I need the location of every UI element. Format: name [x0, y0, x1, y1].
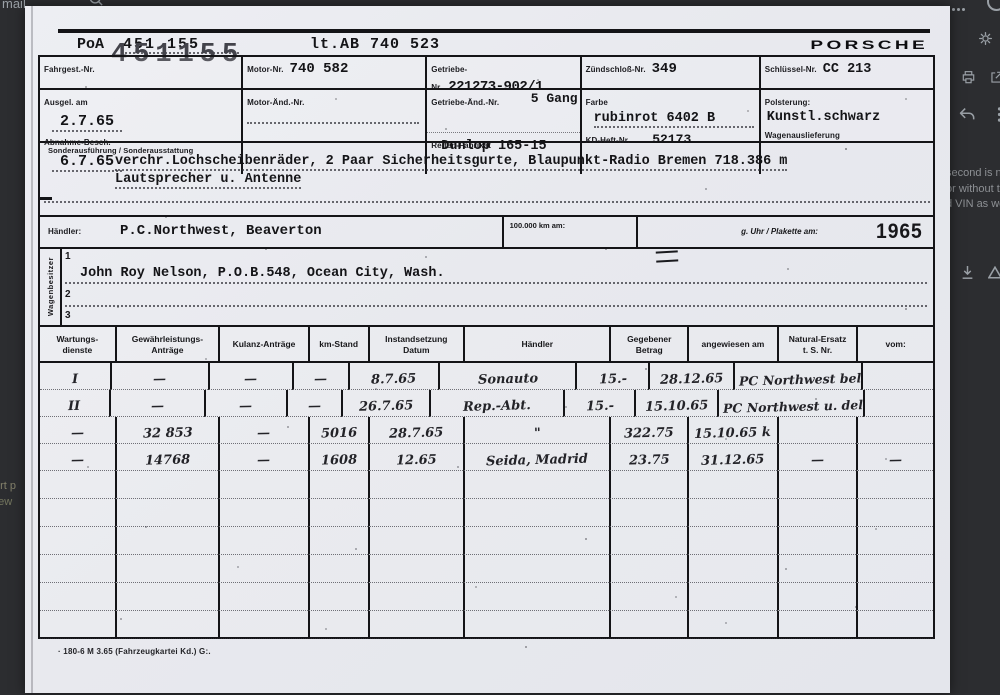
table-cell-empty	[218, 527, 308, 555]
table-cell: 15.-	[563, 390, 634, 417]
table-cell	[861, 363, 933, 390]
table-cell: —	[856, 444, 933, 471]
field-label: Wagenauslieferung	[765, 131, 840, 140]
table-cell: 32 853	[115, 417, 219, 444]
field-value: 740 582	[290, 61, 349, 77]
table-cell-empty	[308, 527, 368, 555]
table-cell-empty	[308, 471, 368, 499]
table-cell-empty	[856, 471, 933, 499]
table-cell: 5016	[308, 417, 368, 444]
equipment-line: Lautsprecher u. Antenne	[115, 172, 301, 189]
field-getriebe: Getriebe-Nr.221273-902/1	[425, 57, 579, 88]
table-row-empty	[40, 471, 933, 499]
table-cell: Seida, Madrid	[463, 444, 609, 471]
table-cell-empty	[40, 527, 115, 555]
table-cell-empty	[777, 583, 857, 611]
dealer-cell: Händler: P.C.Northwest, Beaverton	[40, 217, 502, 247]
vehicle-field-grid: Fahrgest.-Nr. Motor-Nr.740 582 Getriebe-…	[38, 55, 935, 143]
table-cell-empty	[368, 499, 464, 527]
table-cell-empty	[687, 499, 777, 527]
table-cell: 14768	[115, 444, 219, 471]
table-cell-empty	[463, 499, 609, 527]
field-label: Motor-Nr.	[247, 65, 283, 74]
table-cell: —	[40, 444, 115, 471]
poa-label: PoA	[77, 36, 104, 53]
avatar[interactable]	[987, 0, 1000, 11]
sonderausstattung-section: Sonderausführung / Sonderausstattung ver…	[38, 143, 935, 215]
table-cell-empty	[115, 555, 219, 583]
print-icon[interactable]	[962, 71, 975, 84]
table-cell: 1608	[308, 444, 368, 471]
table-cell-empty	[856, 527, 933, 555]
column-header: Instandsetzung Datum	[368, 327, 464, 361]
table-row: II———26.7.65Rep.-Abt.15.-15.10.65PC Nort…	[40, 390, 933, 417]
table-cell-empty	[218, 471, 308, 499]
dealer-label: Händler:	[48, 227, 81, 236]
table-cell: 31.12.65	[687, 444, 777, 471]
field-label: Zündschloß-Nr.	[586, 65, 646, 74]
column-header: km-Stand	[308, 327, 368, 361]
table-cell-empty	[115, 499, 219, 527]
column-header: Gewährleistungs- Anträge	[115, 327, 219, 361]
attachment-viewer: mail second is not or without trim d VIN…	[0, 0, 1000, 695]
dealer-value: P.C.Northwest, Beaverton	[120, 223, 322, 239]
dotted-rule	[65, 282, 927, 284]
porsche-logo: PORSCHE	[810, 38, 928, 52]
drive-icon[interactable]	[988, 266, 1000, 279]
table-cell-empty	[609, 527, 687, 555]
table-cell-empty	[463, 555, 609, 583]
table-cell: 8.7.65	[348, 363, 438, 390]
table-cell-empty	[218, 555, 308, 583]
table-cell-empty	[856, 555, 933, 583]
scan-edge	[31, 6, 33, 693]
table-cell: 322.75	[609, 417, 687, 444]
column-header: angewiesen am	[687, 327, 777, 361]
column-header: Gegebener Betrag	[609, 327, 687, 361]
km-cell: 100.000 km am:	[502, 217, 636, 247]
more-horizontal-icon[interactable]	[952, 0, 967, 16]
table-row: I———8.7.65Sonauto15.-28.12.65PC Northwes…	[40, 363, 933, 390]
table-cell-empty	[777, 471, 857, 499]
table-cell-empty	[463, 527, 609, 555]
table-cell-empty	[856, 611, 933, 639]
table-cell-empty	[40, 611, 115, 639]
table-cell: —	[777, 444, 857, 471]
table-cell-empty	[308, 555, 368, 583]
table-cell: —	[218, 444, 308, 471]
column-header: Wartungs- dienste	[40, 327, 115, 361]
table-cell: 15.10.65	[634, 390, 716, 417]
table-cell	[863, 390, 933, 417]
open-in-new-icon[interactable]	[990, 71, 1000, 84]
table-cell-empty	[609, 555, 687, 583]
equipment-line: verchr.Lochscheibenräder, 2 Paar Sicherh…	[115, 154, 787, 171]
app-title-fragment: mail	[2, 0, 26, 11]
table-row: —14768—160812.65Seida, Madrid23.7531.12.…	[40, 444, 933, 471]
table-cell: Sonauto	[438, 363, 576, 390]
km-label: 100.000 km am:	[510, 221, 565, 230]
owners-section: Wagenbesitzer 1 John Roy Nelson, P.O.B.5…	[38, 249, 935, 325]
table-cell: "	[463, 417, 609, 444]
field-label: Ausgel. am	[44, 98, 88, 107]
uhr-label: g. Uhr / Plakette am:	[741, 227, 818, 236]
field-schluessel: Schlüssel-Nr.CC 213	[759, 57, 933, 88]
table-cell-empty	[463, 471, 609, 499]
dotted-rule	[65, 305, 927, 307]
table-cell-empty	[687, 527, 777, 555]
table-cell-empty	[308, 583, 368, 611]
dotted-rule	[44, 201, 930, 203]
owner-number: 1	[65, 251, 71, 262]
table-cell-empty	[368, 555, 464, 583]
table-cell-empty	[463, 611, 609, 639]
table-cell-empty	[40, 583, 115, 611]
table-cell: II	[40, 390, 109, 417]
service-table-body: I———8.7.65Sonauto15.-28.12.65PC Northwes…	[40, 363, 933, 639]
owner-number: 3	[65, 310, 71, 321]
table-cell: —	[40, 417, 115, 444]
table-cell-empty	[308, 499, 368, 527]
table-cell-empty	[40, 471, 115, 499]
table-cell: I	[40, 363, 110, 390]
table-cell: —	[286, 390, 341, 417]
background-text-fragment: ert p	[0, 480, 16, 492]
background-email-text: second is not or without trim d VIN as w…	[946, 166, 1000, 213]
field-label: Getriebe-Änd.-Nr.	[431, 98, 499, 107]
table-cell-empty	[609, 583, 687, 611]
table-cell-empty	[609, 611, 687, 639]
field-label: Schlüssel-Nr.	[765, 65, 817, 74]
table-cell-empty	[856, 583, 933, 611]
column-header: Kulanz-Anträge	[218, 327, 308, 361]
background-text-fragment: new	[0, 496, 12, 508]
plakette-cell: g. Uhr / Plakette am: 1965	[636, 217, 933, 247]
table-row-empty	[40, 583, 933, 611]
table-cell-empty	[777, 499, 857, 527]
scan-noise	[25, 6, 27, 8]
table-cell: 15.-	[575, 363, 648, 390]
table-cell-empty	[40, 499, 115, 527]
dealer-row: Händler: P.C.Northwest, Beaverton 100.00…	[38, 215, 935, 249]
table-cell-empty	[115, 611, 219, 639]
table-cell-empty	[777, 611, 857, 639]
column-header: vom:	[856, 327, 933, 361]
table-row-empty	[40, 527, 933, 555]
table-cell: 28.7.65	[368, 417, 464, 444]
service-table: Wartungs- diensteGewährleistungs- Anträg…	[38, 325, 935, 639]
table-cell: PC Northwest u. del	[717, 390, 863, 417]
reply-icon[interactable]	[959, 107, 976, 121]
table-cell	[856, 417, 933, 444]
handwritten-mark	[39, 197, 52, 200]
table-cell-empty	[40, 555, 115, 583]
gear-icon[interactable]	[979, 32, 992, 45]
field-label: Fahrgest.-Nr.	[44, 65, 95, 74]
form-number: 180-6 M 3.65 (Fahrzeugkartei Kd.) G:.	[58, 647, 211, 656]
table-cell-empty	[308, 611, 368, 639]
field-value: Kunstl.schwarz	[767, 110, 929, 125]
table-cell: 12.65	[368, 444, 464, 471]
table-cell-empty	[777, 527, 857, 555]
handwritten-mark	[656, 250, 679, 262]
table-cell: —	[204, 390, 286, 417]
table-cell-empty	[609, 499, 687, 527]
table-cell-empty	[368, 471, 464, 499]
table-cell-empty	[115, 471, 219, 499]
table-cell-empty	[115, 583, 219, 611]
table-cell: —	[218, 417, 308, 444]
table-cell-empty	[218, 499, 308, 527]
field-label: Motor-Änd.-Nr.	[247, 98, 304, 107]
field-value: CC 213	[823, 62, 872, 77]
table-cell: 26.7.65	[341, 390, 429, 417]
field-motor: Motor-Nr.740 582	[241, 57, 425, 88]
table-cell-empty	[368, 527, 464, 555]
table-cell-empty	[463, 583, 609, 611]
scanned-kardex-card: PoA 451 155 lt.AB 740 523 PORSCHE 451155…	[25, 6, 950, 693]
owner-name: John Roy Nelson, P.O.B.548, Ocean City, …	[80, 266, 445, 281]
card-top-rule	[58, 29, 930, 33]
field-value: 2.7.65	[52, 113, 122, 132]
table-cell-empty	[856, 499, 933, 527]
table-cell: —	[208, 363, 292, 390]
owner-number: 2	[65, 289, 71, 300]
table-row-empty	[40, 499, 933, 527]
table-cell: —	[109, 390, 204, 417]
field-zuendschloss: Zündschloß-Nr.349	[580, 57, 759, 88]
table-cell-empty	[609, 471, 687, 499]
table-cell-empty	[218, 583, 308, 611]
field-label: Farbe	[586, 98, 608, 107]
table-cell: —	[110, 363, 207, 390]
table-row-empty	[40, 555, 933, 583]
column-header: Natural-Ersatz t. S. Nr.	[777, 327, 857, 361]
table-cell-empty	[115, 527, 219, 555]
field-value: 5 Gang	[531, 91, 578, 106]
table-row-empty	[40, 611, 933, 639]
field-value: 349	[652, 61, 677, 77]
year-value: 1965	[876, 220, 923, 244]
table-cell-empty	[687, 611, 777, 639]
table-cell: Rep.-Abt.	[429, 390, 563, 417]
table-cell: PC Northwest bel	[733, 363, 861, 390]
column-header: Händler	[463, 327, 609, 361]
field-label: Polsterung:	[765, 98, 811, 107]
table-cell-empty	[368, 583, 464, 611]
table-cell: 28.12.65	[648, 363, 732, 390]
table-row: —32 853—501628.7.65"322.7515.10.65 k	[40, 417, 933, 444]
lt-ab-number: lt.AB 740 523	[310, 36, 440, 53]
table-cell-empty	[687, 555, 777, 583]
table-cell-empty	[218, 611, 308, 639]
table-cell	[777, 417, 857, 444]
service-table-header: Wartungs- diensteGewährleistungs- Anträg…	[40, 327, 933, 363]
table-cell-empty	[687, 471, 777, 499]
table-cell-empty	[777, 555, 857, 583]
table-cell-empty	[368, 611, 464, 639]
table-cell-empty	[687, 583, 777, 611]
download-icon[interactable]	[961, 265, 974, 280]
owners-side-label: Wagenbesitzer	[40, 249, 62, 325]
dotted-leader	[247, 122, 419, 124]
table-cell: 15.10.65 k	[687, 417, 777, 444]
table-cell: —	[292, 363, 348, 390]
table-cell: 23.75	[609, 444, 687, 471]
field-fahrgest: Fahrgest.-Nr.	[40, 57, 241, 88]
field-value: rubinrot 6402 B	[594, 111, 754, 128]
